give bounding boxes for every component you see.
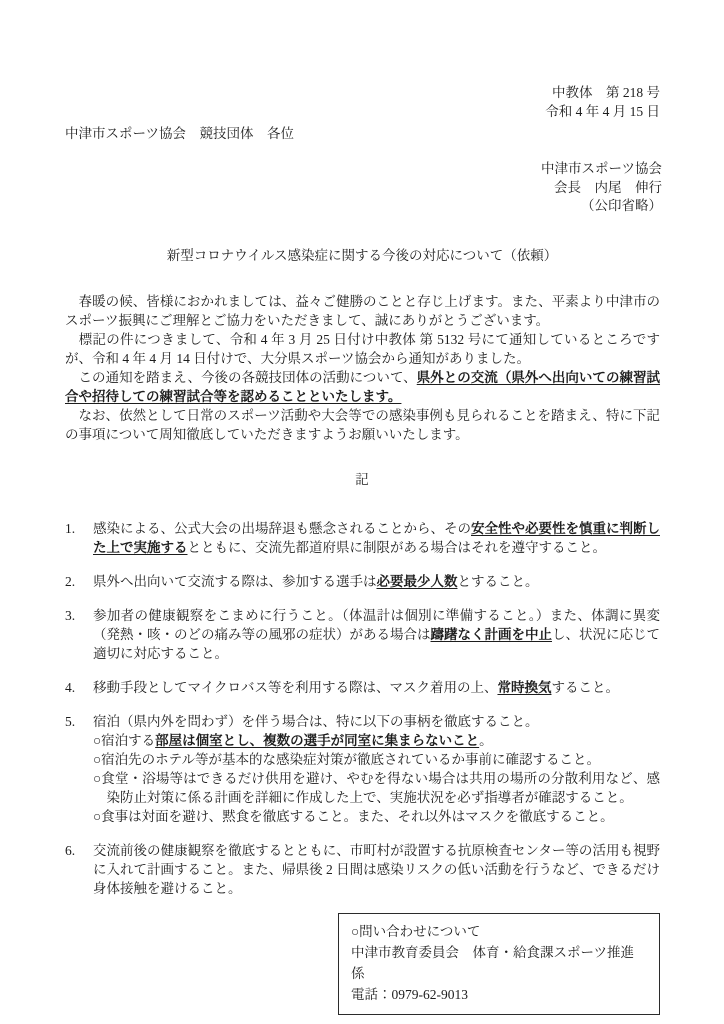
item-text: 交流前後の健康観察を徹底するとともに、市町村が設置する抗原検査センター等の活用も… (93, 841, 660, 898)
item-number: 6. (65, 841, 93, 898)
body-text: 春暖の候、皆様におかれましては、益々ご健勝のことと存じ上げます。また、平素より中… (0, 265, 724, 444)
item-number: 4. (65, 678, 93, 697)
item-text-pre: 感染による、公式大会の出場辞退も懸念されることから、その (93, 521, 471, 536)
item-text-pre: 県外へ出向いて交流する際は、参加する選手は (93, 574, 377, 589)
subitem-4: ○食事は対面を避け、黙食を徹底すること。また、それ以外はマスクを徹底すること。 (93, 807, 660, 826)
subitem-text-pre: ○宿泊先のホテル等が基本的な感染症対策が徹底されているか事前に確認すること。 (93, 752, 600, 767)
greeting-paragraph: 春暖の候、皆様におかれましては、益々ご健勝のことと存じ上げます。また、平素より中… (65, 292, 660, 330)
list-item-2: 2. 県外へ出向いて交流する際は、参加する選手は必要最少人数とすること。 (65, 572, 660, 591)
list-item-3: 3. 参加者の健康観察をこまめに行うこと。（体温計は個別に準備すること。）また、… (65, 606, 660, 663)
notice-paragraph: この通知を踏まえ、今後の各競技団体の活動について、県外との交流（県外へ出向いての… (65, 368, 660, 406)
record-heading: 記 (0, 470, 724, 489)
sender-org: 中津市スポーツ協会 (0, 160, 662, 179)
item-text-post: とすること。 (458, 574, 539, 589)
item-text-pre: 宿泊（県内外を問わず）を伴う場合は、特に以下の事柄を徹底すること。 (93, 714, 539, 729)
issue-date: 令和 4 年 4 月 15 日 (0, 103, 660, 122)
subitem-text-pre: ○食堂・浴場等はできるだけ供用を避け、やむを得ない場合は共用の場所の分散利用など… (93, 771, 660, 805)
notice-text: この通知を踏まえ、今後の各競技団体の活動について、 (65, 370, 417, 385)
item-text-post: すること。 (551, 680, 619, 695)
item-text-post: とともに、交流先都道府県に制限がある場合はそれを遵守すること。 (188, 540, 607, 555)
emphasis-text: 必要最少人数 (377, 574, 458, 589)
request-paragraph: なお、依然として日常のスポーツ活動や大会等での感染事例も見られることを踏まえ、特… (65, 406, 660, 444)
item-text: 宿泊（県内外を問わず）を伴う場合は、特に以下の事柄を徹底すること。 ○宿泊する部… (93, 712, 660, 826)
emphasis-text: 常時換気 (497, 680, 551, 695)
subitem-text-post: 。 (479, 733, 493, 748)
list-item-6: 6. 交流前後の健康観察を徹底するとともに、市町村が設置する抗原検査センター等の… (65, 841, 660, 898)
reference-paragraph: 標記の件につきまして、令和 4 年 3 月 25 日付け中教体 第 5132 号… (65, 330, 660, 368)
item-text: 移動手段としてマイクロバス等を利用する際は、マスク着用の上、常時換気すること。 (93, 678, 660, 697)
subitem-text-pre: ○宿泊する (93, 733, 155, 748)
emphasis-text: 部屋は個室とし、複数の選手が同室に集まらないこと (155, 733, 479, 748)
document-page: 中教体 第 218 号 令和 4 年 4 月 15 日 中津市スポーツ協会 競技… (0, 0, 724, 1024)
contact-heading: ○問い合わせについて (351, 921, 647, 942)
document-meta: 中教体 第 218 号 令和 4 年 4 月 15 日 (0, 0, 724, 121)
subitem-2: ○宿泊先のホテル等が基本的な感染症対策が徹底されているか事前に確認すること。 (93, 750, 660, 769)
subitem-text-pre: ○食事は対面を避け、黙食を徹底すること。また、それ以外はマスクを徹底すること。 (93, 809, 614, 824)
list-item-1: 1. 感染による、公式大会の出場辞退も懸念されることから、その安全性や必要性を慎… (65, 519, 660, 557)
item-number: 5. (65, 712, 93, 826)
contact-phone: 電話：0979-62-9013 (351, 984, 647, 1005)
item-text-pre: 移動手段としてマイクロバス等を利用する際は、マスク着用の上、 (93, 680, 497, 695)
seal-note: （公印省略） (0, 197, 662, 216)
sender-block: 中津市スポーツ協会 会長 内尾 伸行 （公印省略） (0, 160, 724, 216)
item-text: 感染による、公式大会の出場辞退も懸念されることから、その安全性や必要性を慎重に判… (93, 519, 660, 557)
doc-number: 中教体 第 218 号 (0, 84, 660, 103)
subitem-1: ○宿泊する部屋は個室とし、複数の選手が同室に集まらないこと。 (93, 731, 660, 750)
numbered-list: 1. 感染による、公式大会の出場辞退も懸念されることから、その安全性や必要性を慎… (0, 519, 724, 898)
item-number: 2. (65, 572, 93, 591)
emphasis-text: 躊躇なく計画を中止 (431, 627, 553, 642)
recipient-line: 中津市スポーツ協会 競技団体 各位 (0, 124, 724, 143)
sender-name: 会長 内尾 伸行 (0, 179, 662, 198)
subitem-3: ○食堂・浴場等はできるだけ供用を避け、やむを得ない場合は共用の場所の分散利用など… (93, 769, 660, 807)
item-number: 1. (65, 519, 93, 557)
item-number: 3. (65, 606, 93, 663)
item-text-pre: 交流前後の健康観察を徹底するとともに、市町村が設置する抗原検査センター等の活用も… (93, 843, 660, 896)
item-text: 参加者の健康観察をこまめに行うこと。（体温計は個別に準備すること。）また、体調に… (93, 606, 660, 663)
list-item-4: 4. 移動手段としてマイクロバス等を利用する際は、マスク着用の上、常時換気するこ… (65, 678, 660, 697)
contact-org: 中津市教育委員会 体育・給食課スポーツ推進係 (351, 942, 647, 984)
list-item-5: 5. 宿泊（県内外を問わず）を伴う場合は、特に以下の事柄を徹底すること。 ○宿泊… (65, 712, 660, 826)
item-text: 県外へ出向いて交流する際は、参加する選手は必要最少人数とすること。 (93, 572, 660, 591)
document-title: 新型コロナウイルス感染症に関する今後の対応について（依頼） (0, 246, 724, 265)
contact-box: ○問い合わせについて 中津市教育委員会 体育・給食課スポーツ推進係 電話：097… (338, 913, 660, 1015)
